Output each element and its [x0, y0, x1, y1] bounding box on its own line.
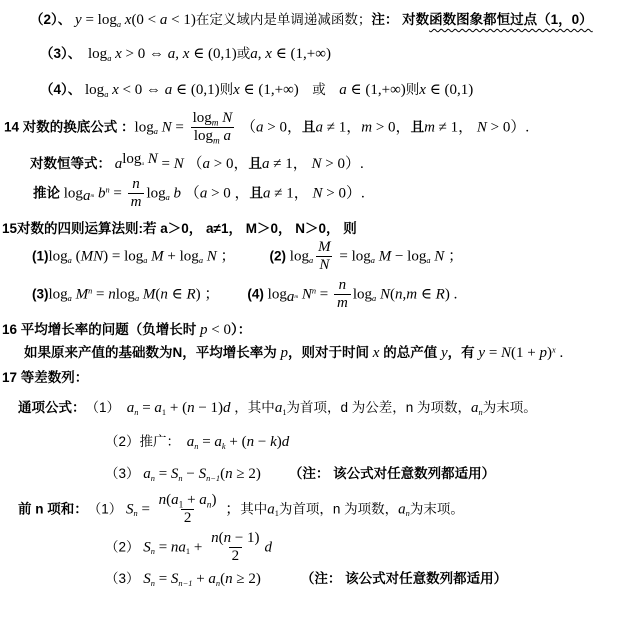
- math-variable: p: [281, 345, 289, 361]
- fraction-denominator: m: [334, 294, 351, 312]
- math-text: log: [264, 286, 287, 302]
- math-variable: R: [436, 286, 445, 302]
- math-variable: M: [72, 286, 88, 302]
- bold-wavy-underline-text: 函数图象都恒过点（1，0）: [429, 12, 593, 27]
- math-variable: a: [214, 434, 222, 450]
- math-variable: p: [540, 345, 548, 361]
- subscript: m: [213, 137, 220, 147]
- math-text: +: [192, 571, 208, 587]
- sec14-corollary: 推论 logam bn = nmloga b （a > 0 ，且a ≠ 1， N…: [33, 176, 633, 212]
- math-text: + log: [164, 248, 199, 264]
- item-3-log-positive: （3）、 loga x > 0 ⇔ a, x ∈ (0,1)或a, x ∈ (1…: [40, 44, 633, 64]
- math-text: ；: [444, 248, 463, 264]
- math-text: log: [64, 185, 83, 201]
- math-text: −: [254, 434, 270, 450]
- math-variable: a: [316, 119, 324, 135]
- math-text: log: [116, 286, 135, 302]
- text: （2）: [105, 539, 143, 554]
- math-text: > 0）.: [323, 185, 365, 201]
- math-variable: N: [298, 286, 312, 302]
- bold-text: 的总产值: [379, 345, 441, 360]
- math-variable: a: [171, 492, 179, 508]
- fraction-numerator: n(a1 + an): [156, 492, 220, 509]
- text: 为首项，d 为公差，n 为项数，: [287, 400, 472, 415]
- math-text: =: [316, 286, 332, 302]
- math-text: < 0 ⇔: [119, 82, 165, 98]
- math-variable: N: [158, 119, 172, 135]
- bold-text: 16 平均增长率的问题（负增长时: [2, 322, 200, 337]
- bold-text: (3): [32, 286, 49, 301]
- math-variable: a: [250, 46, 258, 62]
- math-variable: b: [94, 185, 105, 201]
- math-text: ∈ (0,1): [172, 82, 219, 98]
- math-variable: n: [160, 286, 168, 302]
- bold-text: 且: [249, 156, 263, 171]
- math-variable: m: [337, 295, 348, 311]
- math-variable: N: [313, 185, 323, 201]
- math-variable: M: [139, 286, 155, 302]
- sec14-change-of-base: 14 对数的换底公式 ：loga N = logm Nlogm a （a > 0…: [4, 110, 633, 146]
- fraction-numerator: n: [129, 176, 143, 193]
- math-variable: N: [144, 151, 158, 167]
- item-2-log-decreasing: （2）、 y = loga x(0 < a < 1)在定义域内是单调递减函数；注…: [30, 10, 633, 30]
- math-text: =: [155, 571, 171, 587]
- item-4-log-negative: （4）、 loga x < 0 ⇔ a ∈ (0,1)则x ∈ (1,+∞) 或…: [40, 80, 633, 100]
- bold-text: 推论: [33, 185, 64, 200]
- subscript: a: [309, 256, 313, 265]
- text: 为末项。: [483, 400, 537, 415]
- sec17-general-term-2: （2）推广： an = ak + (n − k)d: [105, 432, 633, 452]
- math-variable: y: [75, 12, 82, 28]
- math-variable: a: [143, 466, 151, 482]
- math-text: ≠ 1，: [271, 185, 313, 201]
- text: 在定义域内是单调递减函数；: [196, 12, 372, 27]
- math-text: < 0: [208, 322, 231, 338]
- math-variable: S: [143, 539, 151, 555]
- math-text: > 0，: [372, 119, 410, 135]
- math-variable: n: [108, 286, 116, 302]
- math-text: > 0 ，: [207, 185, 249, 201]
- math-text: (: [72, 248, 81, 264]
- math-variable: N: [203, 248, 217, 264]
- math-variable: MN: [81, 248, 104, 264]
- math-text: log: [49, 248, 68, 264]
- text: （2）推广：: [105, 434, 187, 449]
- math-text: ) .: [445, 286, 458, 302]
- math-text: ): [211, 492, 216, 508]
- fraction: MN: [315, 239, 334, 275]
- sec14-log-identity: 对数恒等式： aloga N = N （a > 0，且a ≠ 1， N > 0）…: [30, 154, 633, 174]
- math-text: （: [181, 185, 200, 201]
- math-text: +: [190, 539, 206, 555]
- math-text: ；: [217, 248, 236, 264]
- fraction-numerator: n: [336, 277, 350, 294]
- math-variable: N: [174, 156, 184, 172]
- fraction: n(a1 + an)2: [156, 492, 220, 528]
- math-text: ≠ 1，: [435, 119, 477, 135]
- math-variable: a: [471, 400, 479, 416]
- math-variable: M: [375, 248, 391, 264]
- document-body: （2）、 y = loga x(0 < a < 1)在定义域内是单调递减函数；注…: [0, 0, 633, 589]
- superscript: loga N: [122, 156, 158, 165]
- math-variable: m: [131, 194, 142, 210]
- math-text: 2: [184, 510, 192, 526]
- math-variable: a: [267, 501, 275, 517]
- math-variable: x: [108, 82, 118, 98]
- bold-text: 17 等差数列：: [2, 370, 88, 385]
- math-text: 2: [232, 548, 240, 564]
- math-text: ,: [175, 46, 183, 62]
- math-text: ∈ (1,+∞): [240, 82, 299, 98]
- math-text: ∈ (0,1): [426, 82, 473, 98]
- bold-text: 对数恒等式：: [30, 156, 115, 171]
- math-variable: S: [143, 571, 151, 587]
- math-variable: m: [424, 119, 435, 135]
- math-variable: n: [132, 176, 140, 192]
- math-text: =: [155, 466, 171, 482]
- subscript: n−1: [178, 579, 192, 588]
- math-variable: a: [154, 400, 162, 416]
- math-variable: a: [263, 185, 271, 201]
- math-text: − 1): [231, 530, 259, 546]
- text: 或: [299, 82, 340, 97]
- math-variable: a: [398, 501, 406, 517]
- math-variable: n: [225, 466, 233, 482]
- math-text: = log: [82, 12, 117, 28]
- math-text: ≥ 2): [233, 571, 261, 587]
- bold-text: ，则对于时间: [288, 345, 373, 360]
- math-variable: n: [187, 400, 195, 416]
- math-variable: n: [247, 434, 255, 450]
- math-variable: k: [270, 434, 277, 450]
- math-variable: x: [121, 12, 131, 28]
- math-variable: N: [431, 248, 445, 264]
- math-variable: N: [376, 286, 390, 302]
- text: 为末项。: [410, 501, 464, 516]
- bold-text: 15对数的四则运算法则:若 a＞0， a≠1， M＞0， N＞0， 则: [2, 221, 357, 236]
- bold-text: 前 n 项和：: [18, 501, 95, 516]
- math-variable: M: [147, 248, 163, 264]
- bold-text: （4）、: [40, 82, 85, 97]
- fraction: nm: [128, 176, 145, 212]
- bold-text: 且: [302, 119, 316, 134]
- math-text: ∈: [417, 286, 436, 302]
- text: （1）: [95, 501, 127, 516]
- math-text: ≠ 1，: [323, 119, 361, 135]
- sec17-title: 17 等差数列：: [2, 368, 633, 388]
- bold-text: 14 对数的换底公式 ：: [4, 119, 135, 134]
- math-text: −: [183, 466, 199, 482]
- math-text: + (: [166, 400, 187, 416]
- math-variable: p: [200, 322, 208, 338]
- bold-text: （注： 该公式对任意数列都适用）: [301, 571, 507, 586]
- math-variable: N: [477, 119, 487, 135]
- bold-text: ，有: [448, 345, 479, 360]
- math-text: =: [138, 501, 154, 517]
- math-variable: S: [199, 466, 207, 482]
- math-variable: n: [225, 571, 233, 587]
- math-variable: n: [211, 530, 219, 546]
- fraction-numerator: logm N: [190, 110, 236, 127]
- fraction: nm: [334, 277, 351, 313]
- fraction-numerator: n(n − 1): [208, 530, 262, 547]
- math-text: =: [138, 400, 154, 416]
- math-variable: a: [339, 82, 347, 98]
- math-text: = log: [336, 248, 371, 264]
- math-text: log: [88, 46, 107, 62]
- fraction-denominator: N: [316, 256, 332, 274]
- math-text: =: [172, 119, 188, 135]
- sec16-body: 如果原来产值的基础数为N，平均增长率为 p，则对于时间 x 的总产值 y，有 y…: [24, 343, 633, 363]
- math-variable: d: [282, 434, 290, 450]
- math-text: − log: [391, 248, 426, 264]
- math-text: log: [122, 151, 141, 167]
- math-variable: x: [265, 46, 272, 62]
- bold-text: （注： 该公式对任意数列都适用）: [289, 466, 495, 481]
- math-variable: y: [441, 345, 448, 361]
- math-text: ) ；: [196, 286, 220, 302]
- math-variable: a: [262, 156, 270, 172]
- math-variable: na: [171, 539, 186, 555]
- math-text: − 1): [195, 400, 223, 416]
- math-text: log: [146, 185, 165, 201]
- math-text: + (: [226, 434, 247, 450]
- fraction-denominator: logm a: [191, 127, 234, 145]
- math-text: log: [49, 286, 68, 302]
- math-text: ∈: [168, 286, 187, 302]
- math-variable: n: [339, 277, 347, 293]
- math-variable: N: [319, 257, 329, 273]
- bold-text: （3）、: [40, 46, 88, 61]
- bold-text: 如果原来产值的基础数为N，平均增长率为: [24, 345, 281, 360]
- bold-text: ）：: [231, 322, 251, 337]
- math-variable: M: [318, 239, 331, 255]
- sec17-sum-2: （2） Sn = na1 + n(n − 1)2d: [105, 530, 633, 566]
- text: （3）: [105, 466, 143, 481]
- math-text: > 0）.: [487, 119, 529, 135]
- math-variable: a: [208, 571, 216, 587]
- math-text: log: [193, 110, 212, 126]
- math-text: =: [110, 185, 126, 201]
- math-text: (1 +: [511, 345, 539, 361]
- text: 则: [220, 82, 234, 97]
- math-text: =: [158, 156, 174, 172]
- math-variable: x: [419, 82, 426, 98]
- subscript: am: [83, 193, 94, 202]
- math-variable: a: [199, 492, 207, 508]
- math-text: log: [194, 128, 213, 144]
- math-text: log: [85, 82, 104, 98]
- math-text: ) = log: [103, 248, 143, 264]
- text: 或: [237, 46, 251, 61]
- math-variable: m: [406, 286, 417, 302]
- bold-text: 且: [411, 119, 425, 134]
- math-text: +: [183, 492, 199, 508]
- math-variable: R: [186, 286, 195, 302]
- math-text: =: [485, 345, 501, 361]
- text: （3）: [105, 571, 143, 586]
- text: 其中: [240, 501, 267, 516]
- sec17-general-term-1: 通项公式： （1） an = a1 + (n − 1)d ，其中a1为首项，d …: [18, 398, 633, 418]
- math-text: < 1): [167, 12, 195, 28]
- math-variable: b: [170, 185, 181, 201]
- bold-text: （2）、: [30, 12, 75, 27]
- math-text: log: [286, 248, 309, 264]
- subscript: am: [287, 294, 298, 303]
- math-text: =: [155, 539, 171, 555]
- math-text: ∈ (1,+∞): [347, 82, 406, 98]
- math-text: ∈ (1,+∞): [272, 46, 331, 62]
- math-text: ≥ 2): [233, 466, 261, 482]
- math-text: （: [237, 119, 256, 135]
- math-text: （: [184, 156, 203, 172]
- math-text: > 0，: [264, 119, 302, 135]
- fraction-denominator: m: [128, 193, 145, 211]
- math-variable: a: [203, 156, 211, 172]
- fraction: logm Nlogm a: [190, 110, 236, 146]
- text: 则: [406, 82, 420, 97]
- fraction-numerator: M: [315, 239, 334, 256]
- math-text: > 0，: [210, 156, 248, 172]
- math-text: > 0 ⇔: [122, 46, 168, 62]
- sec15-rules-row1: (1)loga (MN) = loga M + loga N ；(2) loga…: [32, 239, 633, 275]
- bold-text: (1): [32, 248, 49, 263]
- sec15-rules-row2: (3)loga Mn = nloga M(n ∈ R) ；(4) logam N…: [32, 277, 633, 313]
- text: 为首项，n 为项数，: [279, 501, 398, 516]
- math-text: (0 <: [131, 12, 159, 28]
- math-text: .: [556, 345, 564, 361]
- math-variable: x: [233, 82, 240, 98]
- bold-text: 注： 对数: [371, 12, 429, 27]
- math-variable: N: [501, 345, 511, 361]
- math-text: > 0）.: [322, 156, 364, 172]
- math-text: ≠ 1，: [270, 156, 312, 172]
- math-variable: m: [361, 119, 372, 135]
- bold-text: 且: [250, 185, 264, 200]
- sec17-sum-3: （3） Sn = Sn−1 + an(n ≥ 2)（注： 该公式对任意数列都适用…: [105, 569, 633, 589]
- math-text: =: [198, 434, 214, 450]
- math-variable: N: [219, 110, 233, 126]
- math-text: ∈ (0,1): [189, 46, 236, 62]
- math-text: =: [92, 286, 108, 302]
- math-variable: x: [111, 46, 121, 62]
- text: （1）: [92, 400, 127, 415]
- text: ，其中: [231, 400, 275, 415]
- math-variable: a: [220, 128, 231, 144]
- fraction: n(n − 1)2: [208, 530, 262, 566]
- bold-text: (2): [270, 248, 287, 263]
- subscript: n−1: [206, 474, 220, 483]
- math-variable: n: [224, 530, 232, 546]
- bold-text: 通项公式：: [18, 400, 92, 415]
- math-variable: a: [256, 119, 264, 135]
- math-variable: d: [223, 400, 231, 416]
- math-text: ；: [221, 501, 240, 517]
- sec17-sum-1: 前 n 项和： （1） Sn = n(a1 + an)2 ；其中a1为首项，n …: [18, 492, 633, 528]
- math-variable: d: [265, 539, 273, 555]
- math-variable: S: [126, 501, 134, 517]
- sec15-title: 15对数的四则运算法则:若 a＞0， a≠1， M＞0， N＞0， 则: [2, 219, 633, 239]
- sec17-general-term-3: （3） an = Sn − Sn−1(n ≥ 2)（注： 该公式对任意数列都适用…: [105, 464, 633, 484]
- math-variable: N: [312, 156, 322, 172]
- math-text: log: [353, 286, 372, 302]
- fraction-denominator: 2: [229, 547, 243, 565]
- bold-text: (4): [247, 286, 264, 301]
- math-text: log: [135, 119, 154, 135]
- fraction-denominator: 2: [181, 509, 195, 527]
- sec16-title: 16 平均增长率的问题（负增长时 p < 0）：: [2, 320, 633, 340]
